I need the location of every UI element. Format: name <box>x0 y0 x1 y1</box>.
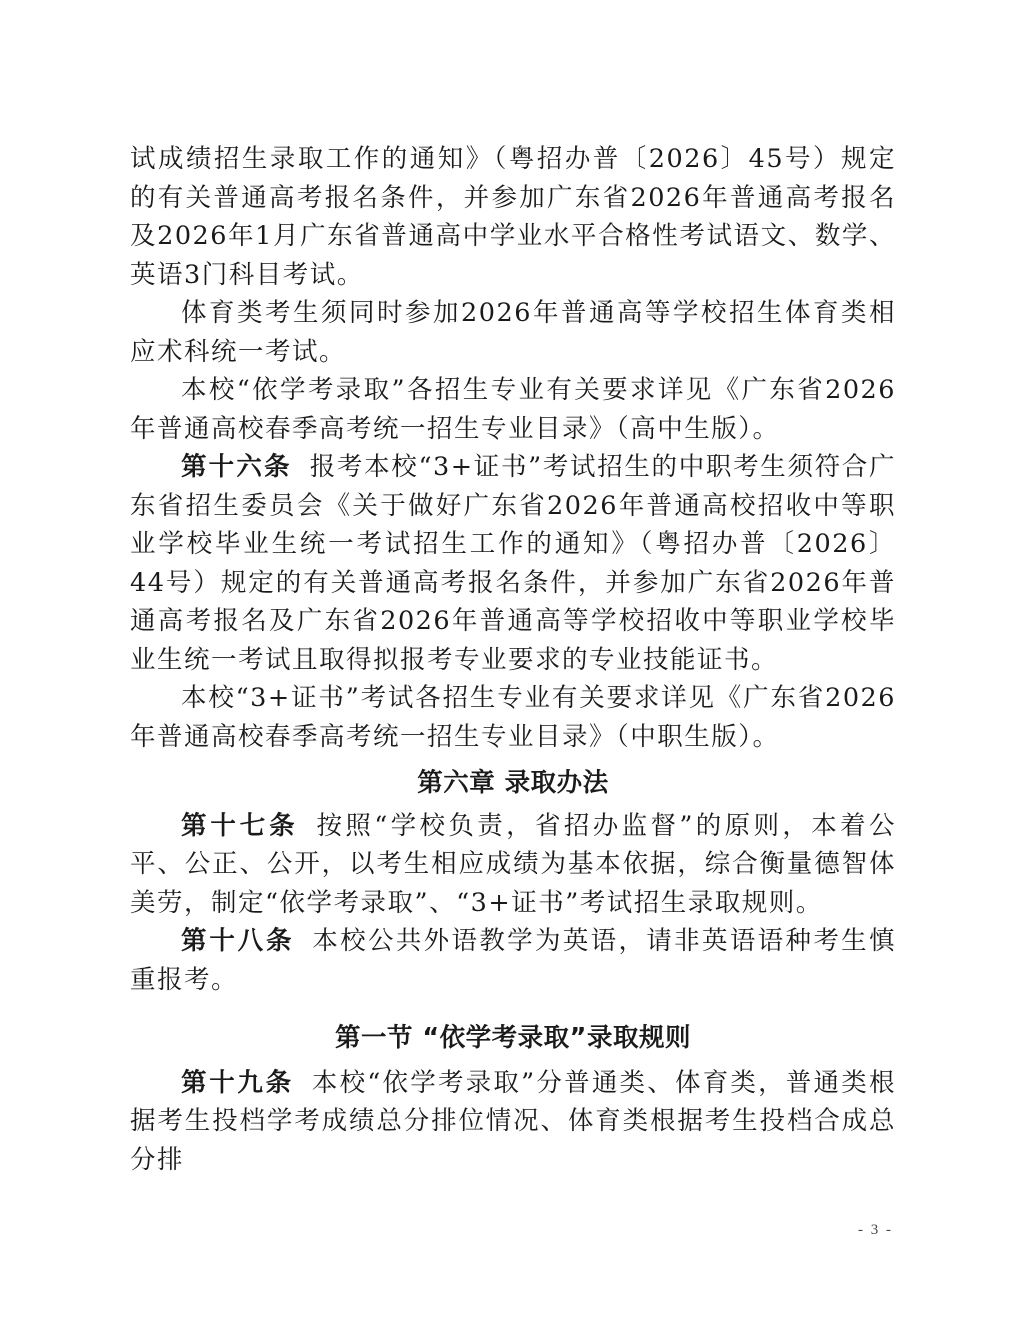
chapter-heading: 第六章 录取办法 <box>130 764 896 803</box>
article-label: 第十九条 <box>181 1068 294 1098</box>
paragraph-continuation: 试成绩招生录取工作的通知》（粤招办普〔2026〕45号）规定的有关普通高考报名条… <box>130 140 896 294</box>
paragraph-sports-candidates: 体育类考生须同时参加2026年普通高等学校招生体育类相应术科统一考试。 <box>130 294 896 371</box>
article-label: 第十八条 <box>181 926 294 956</box>
page-number: - 3 - <box>858 1222 893 1239</box>
article-18: 第十八条本校公共外语教学为英语，请非英语语种考生慎重报考。 <box>130 922 896 999</box>
article-label: 第十六条 <box>181 452 292 482</box>
paragraph-xuekao-requirements: 本校“依学考录取”各招生专业有关要求详见《广东省2026年普通高校春季高考统一招… <box>130 371 896 448</box>
article-label: 第十七条 <box>181 811 299 841</box>
article-17: 第十七条按照“学校负责，省招办监督”的原则，本着公平、公正、公开，以考生相应成绩… <box>130 807 896 923</box>
article-19: 第十九条本校“依学考录取”分普通类、体育类，普通类根据考生投档学考成绩总分排位情… <box>130 1064 896 1180</box>
paragraph-3plus-requirements: 本校“3+证书”考试各招生专业有关要求详见《广东省2026年普通高校春季高考统一… <box>130 679 896 756</box>
article-16: 第十六条报考本校“3+证书”考试招生的中职考生须符合广东省招生委员会《关于做好广… <box>130 448 896 679</box>
article-text: 报考本校“3+证书”考试招生的中职考生须符合广东省招生委员会《关于做好广东省20… <box>130 452 896 675</box>
document-page: 试成绩招生录取工作的通知》（粤招办普〔2026〕45号）规定的有关普通高考报名条… <box>0 0 1024 1325</box>
section-heading: 第一节 “依学考录取”录取规则 <box>130 1019 896 1058</box>
document-body: 试成绩招生录取工作的通知》（粤招办普〔2026〕45号）规定的有关普通高考报名条… <box>130 140 896 1179</box>
